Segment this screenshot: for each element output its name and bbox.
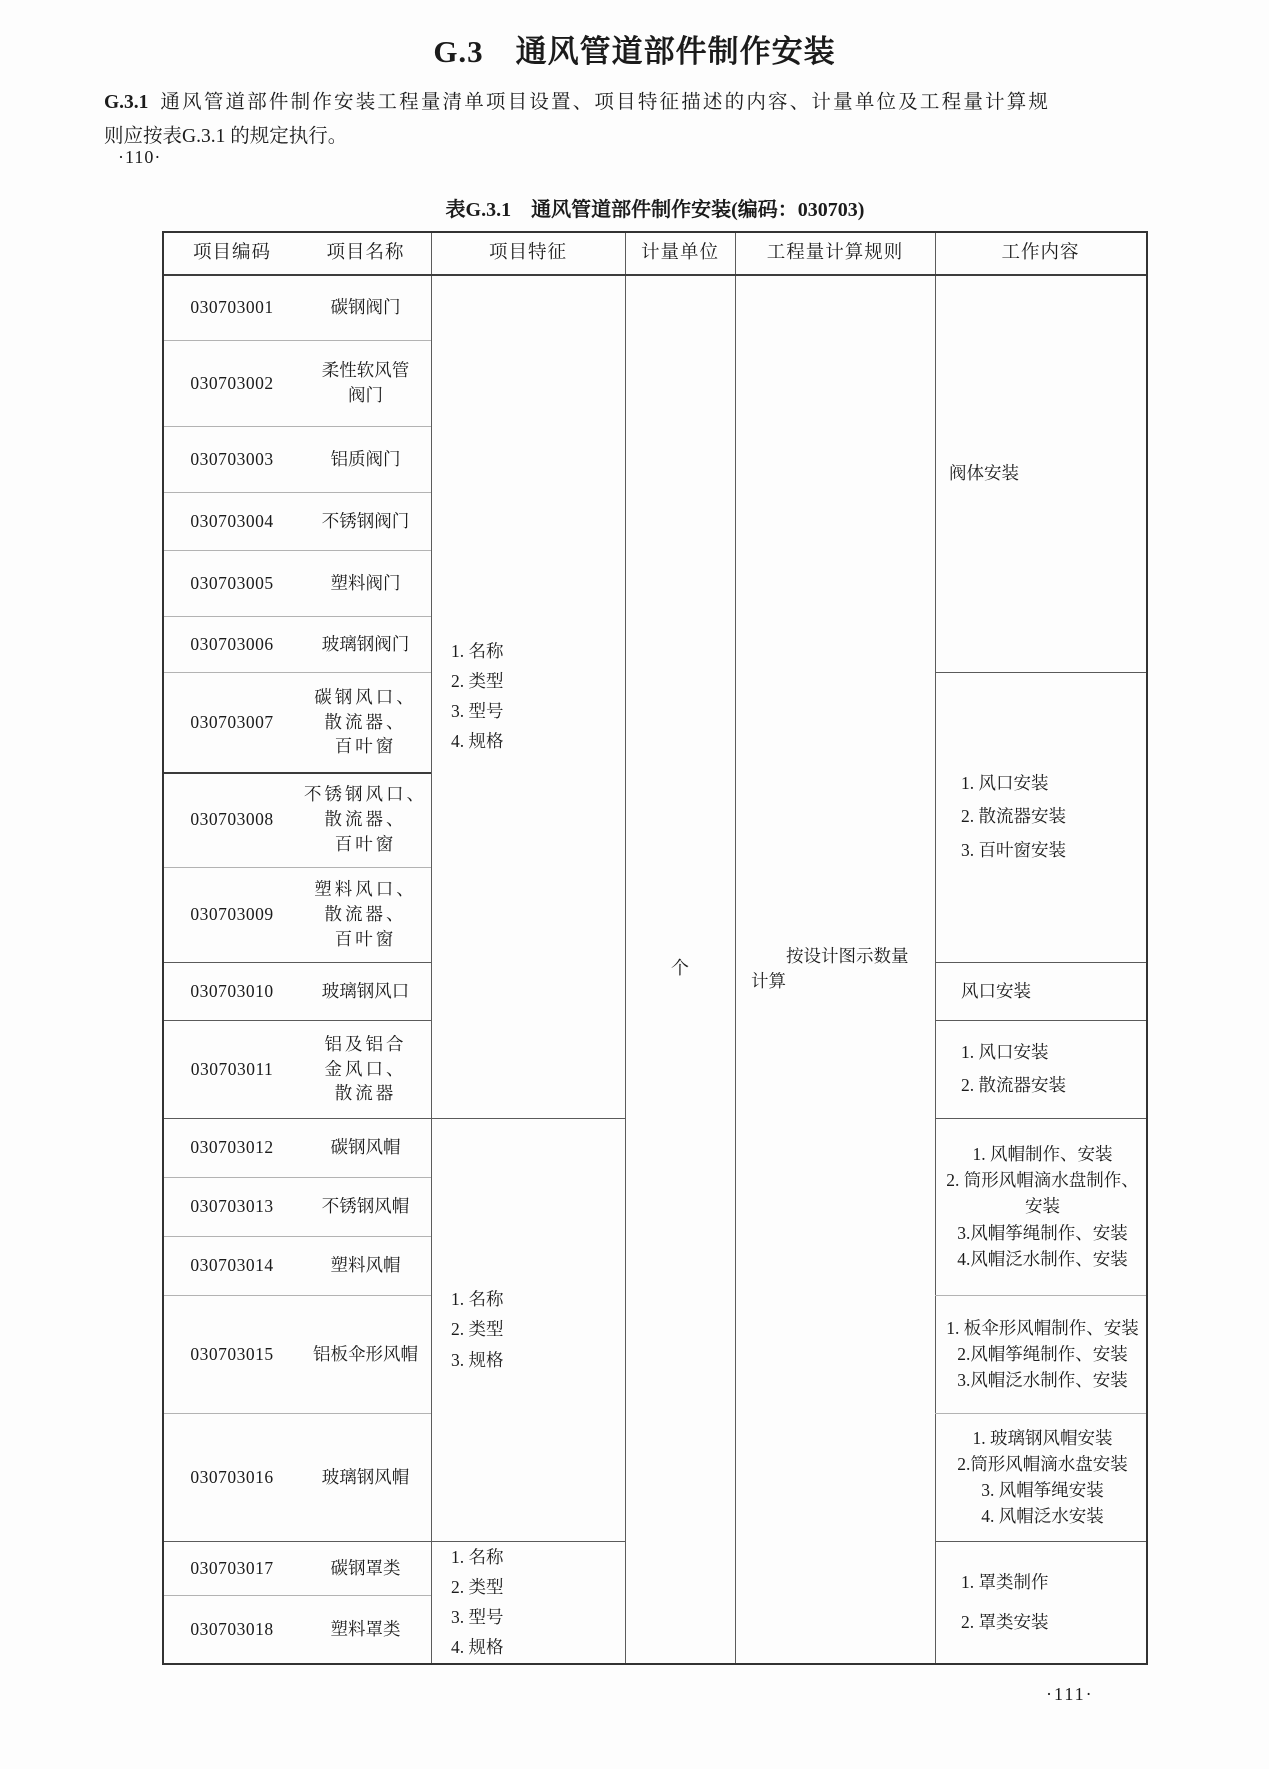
grid-line <box>935 233 936 1663</box>
work-content-cell: 1. 罩类制作2. 罩类安装 <box>935 1541 1146 1663</box>
item-code-cell: 030703011 <box>164 1020 300 1118</box>
grid-line <box>164 1541 625 1542</box>
rule-text: 按设计图示数量计算 <box>751 944 919 994</box>
work-item: 风口安装 <box>961 979 1140 1004</box>
unit-cell: 个 <box>625 274 735 1663</box>
intro-text-1: 通风管道部件制作安装工程量清单项目设置、项目特征描述的内容、计量单位及工程量计算… <box>160 92 1050 113</box>
grid-line <box>625 233 626 1663</box>
table-caption: 表G.3.1 通风管道部件制作安装(编码：030703) <box>164 193 1146 222</box>
item-name-cell: 铝质阀门 <box>300 426 431 492</box>
work-item: 3.风帽筝绳制作、安装 <box>943 1220 1142 1246</box>
work-content-cell: 1. 风帽制作、安装2. 筒形风帽滴水盘制作、安装3.风帽筝绳制作、安装4.风帽… <box>935 1118 1146 1295</box>
grid-line <box>935 1020 1146 1021</box>
item-name-cell: 铝及铝合 金风口、 散流器 <box>300 1020 431 1118</box>
page-number-110: ·110· <box>118 147 161 168</box>
header-cell-6: 工作内容 <box>935 233 1146 274</box>
item-name-cell: 碳钢阀门 <box>300 274 431 340</box>
work-item: 1. 风口安装 <box>961 767 1140 800</box>
grid-line <box>164 672 431 673</box>
work-item: 2. 罩类安装 <box>961 1602 1140 1642</box>
item-code-cell: 030703015 <box>164 1295 300 1413</box>
grid-line <box>935 1118 1146 1119</box>
grid-line <box>164 1236 431 1237</box>
grid-line <box>935 1295 1146 1296</box>
grid-line <box>935 1413 1146 1414</box>
work-item: 1. 风口安装 <box>961 1036 1140 1069</box>
feature-cell: 1. 名称 2. 类型 3. 型号 4. 规格 <box>431 1541 625 1663</box>
item-code-cell: 030703018 <box>164 1595 300 1663</box>
work-item: 2.筒形风帽滴水盘安装 <box>943 1451 1142 1477</box>
table-g31: 项目编码项目名称项目特征计量单位工程量计算规则工作内容030703001碳钢阀门… <box>162 231 1148 1665</box>
grid-line <box>164 867 431 868</box>
item-code-cell: 030703012 <box>164 1118 300 1177</box>
grid-line <box>164 616 431 617</box>
grid-line <box>935 672 1146 673</box>
grid-line <box>164 962 431 963</box>
header-cell-2: 项目名称 <box>300 233 431 274</box>
work-item: 4.风帽泛水制作、安装 <box>943 1246 1142 1272</box>
work-item: 2. 散流器安装 <box>961 800 1140 833</box>
work-item: 3.风帽泛水制作、安装 <box>943 1367 1142 1393</box>
work-item: 2.风帽筝绳制作、安装 <box>943 1341 1142 1367</box>
work-item: 4. 风帽泛水安装 <box>943 1503 1142 1529</box>
grid-line <box>164 274 1146 276</box>
item-name-cell: 碳钢风口、 散流器、 百叶窗 <box>300 672 431 772</box>
rule-cell: 按设计图示数量计算 <box>735 274 935 1663</box>
work-content-cell: 阀体安装 <box>935 274 1146 672</box>
grid-line <box>431 233 432 1663</box>
item-name-cell: 不锈钢风口、 散流器、 百叶窗 <box>300 772 431 867</box>
item-name-cell: 塑料罩类 <box>300 1595 431 1663</box>
item-name-cell: 铝板伞形风帽 <box>300 1295 431 1413</box>
item-code-cell: 030703009 <box>164 867 300 962</box>
intro-line-2: 则应按表G.3.1 的规定执行。 <box>104 120 1179 154</box>
grid-line <box>164 1177 431 1178</box>
work-content-cell: 1. 风口安装2. 散流器安装3. 百叶窗安装 <box>935 672 1146 962</box>
item-name-cell: 塑料阀门 <box>300 550 431 616</box>
item-code-cell: 030703010 <box>164 962 300 1020</box>
work-item: 1. 风帽制作、安装 <box>943 1141 1142 1167</box>
header-cell-3: 项目特征 <box>431 233 625 274</box>
grid-line <box>735 233 736 1663</box>
page-title: G.3 通风管道部件制作安装 <box>0 26 1269 71</box>
work-content-cell: 1. 板伞形风帽制作、安装2.风帽筝绳制作、安装3.风帽泛水制作、安装 <box>935 1295 1146 1413</box>
item-name-cell: 玻璃钢阀门 <box>300 616 431 672</box>
header-cell-5: 工程量计算规则 <box>735 233 935 274</box>
item-name-cell: 塑料风口、 散流器、 百叶窗 <box>300 867 431 962</box>
grid-line <box>164 772 431 774</box>
clause-number: G.3.1 <box>104 92 148 113</box>
intro-paragraph: G.3.1通风管道部件制作安装工程量清单项目设置、项目特征描述的内容、计量单位及… <box>104 86 1179 154</box>
item-name-cell: 碳钢风帽 <box>300 1118 431 1177</box>
grid-line <box>164 1295 431 1296</box>
item-code-cell: 030703005 <box>164 550 300 616</box>
item-name-cell: 不锈钢阀门 <box>300 492 431 550</box>
item-name-cell: 塑料风帽 <box>300 1236 431 1295</box>
item-code-cell: 030703007 <box>164 672 300 772</box>
item-code-cell: 030703002 <box>164 340 300 426</box>
item-code-cell: 030703013 <box>164 1177 300 1236</box>
work-item: 1. 板伞形风帽制作、安装 <box>943 1315 1142 1341</box>
item-code-cell: 030703006 <box>164 616 300 672</box>
page-number-111: ·111· <box>1046 1684 1094 1705</box>
intro-line-1: G.3.1通风管道部件制作安装工程量清单项目设置、项目特征描述的内容、计量单位及… <box>104 86 1179 120</box>
item-name-cell: 不锈钢风帽 <box>300 1177 431 1236</box>
grid-line <box>164 1118 625 1119</box>
grid-line <box>164 1595 431 1596</box>
work-item: 2. 筒形风帽滴水盘制作、安装 <box>943 1167 1142 1220</box>
item-code-cell: 030703016 <box>164 1413 300 1541</box>
work-content-cell: 风口安装 <box>935 962 1146 1020</box>
work-item: 1. 玻璃钢风帽安装 <box>943 1425 1142 1451</box>
work-content-cell: 1. 玻璃钢风帽安装2.筒形风帽滴水盘安装3. 风帽筝绳安装4. 风帽泛水安装 <box>935 1413 1146 1541</box>
grid-line <box>164 492 431 493</box>
item-code-cell: 030703017 <box>164 1541 300 1595</box>
grid-line <box>164 426 431 427</box>
item-code-cell: 030703004 <box>164 492 300 550</box>
grid-line <box>935 1541 1146 1542</box>
document-page: G.3 通风管道部件制作安装 G.3.1通风管道部件制作安装工程量清单项目设置、… <box>0 0 1269 1769</box>
work-item: 阀体安装 <box>949 461 1140 486</box>
item-name-cell: 玻璃钢风帽 <box>300 1413 431 1541</box>
work-content-cell: 1. 风口安装2. 散流器安装 <box>935 1020 1146 1118</box>
grid-line <box>164 1020 431 1021</box>
item-name-cell: 碳钢罩类 <box>300 1541 431 1595</box>
item-code-cell: 030703003 <box>164 426 300 492</box>
work-item: 3. 风帽筝绳安装 <box>943 1477 1142 1503</box>
work-item: 3. 百叶窗安装 <box>961 834 1140 867</box>
header-cell-4: 计量单位 <box>625 233 735 274</box>
item-code-cell: 030703008 <box>164 772 300 867</box>
feature-cell: 1. 名称 2. 类型 3. 规格 <box>431 1118 625 1541</box>
header-cell-1: 项目编码 <box>164 233 300 274</box>
work-item: 1. 罩类制作 <box>961 1562 1140 1602</box>
grid-line <box>164 550 431 551</box>
item-name-cell: 柔性软风管 阀门 <box>300 340 431 426</box>
item-name-cell: 玻璃钢风口 <box>300 962 431 1020</box>
grid-line <box>164 1413 431 1414</box>
grid-line <box>164 340 431 341</box>
item-code-cell: 030703001 <box>164 274 300 340</box>
grid-line <box>935 962 1146 963</box>
work-item: 2. 散流器安装 <box>961 1069 1140 1102</box>
feature-cell: 1. 名称 2. 类型 3. 型号 4. 规格 <box>431 274 625 1118</box>
item-code-cell: 030703014 <box>164 1236 300 1295</box>
